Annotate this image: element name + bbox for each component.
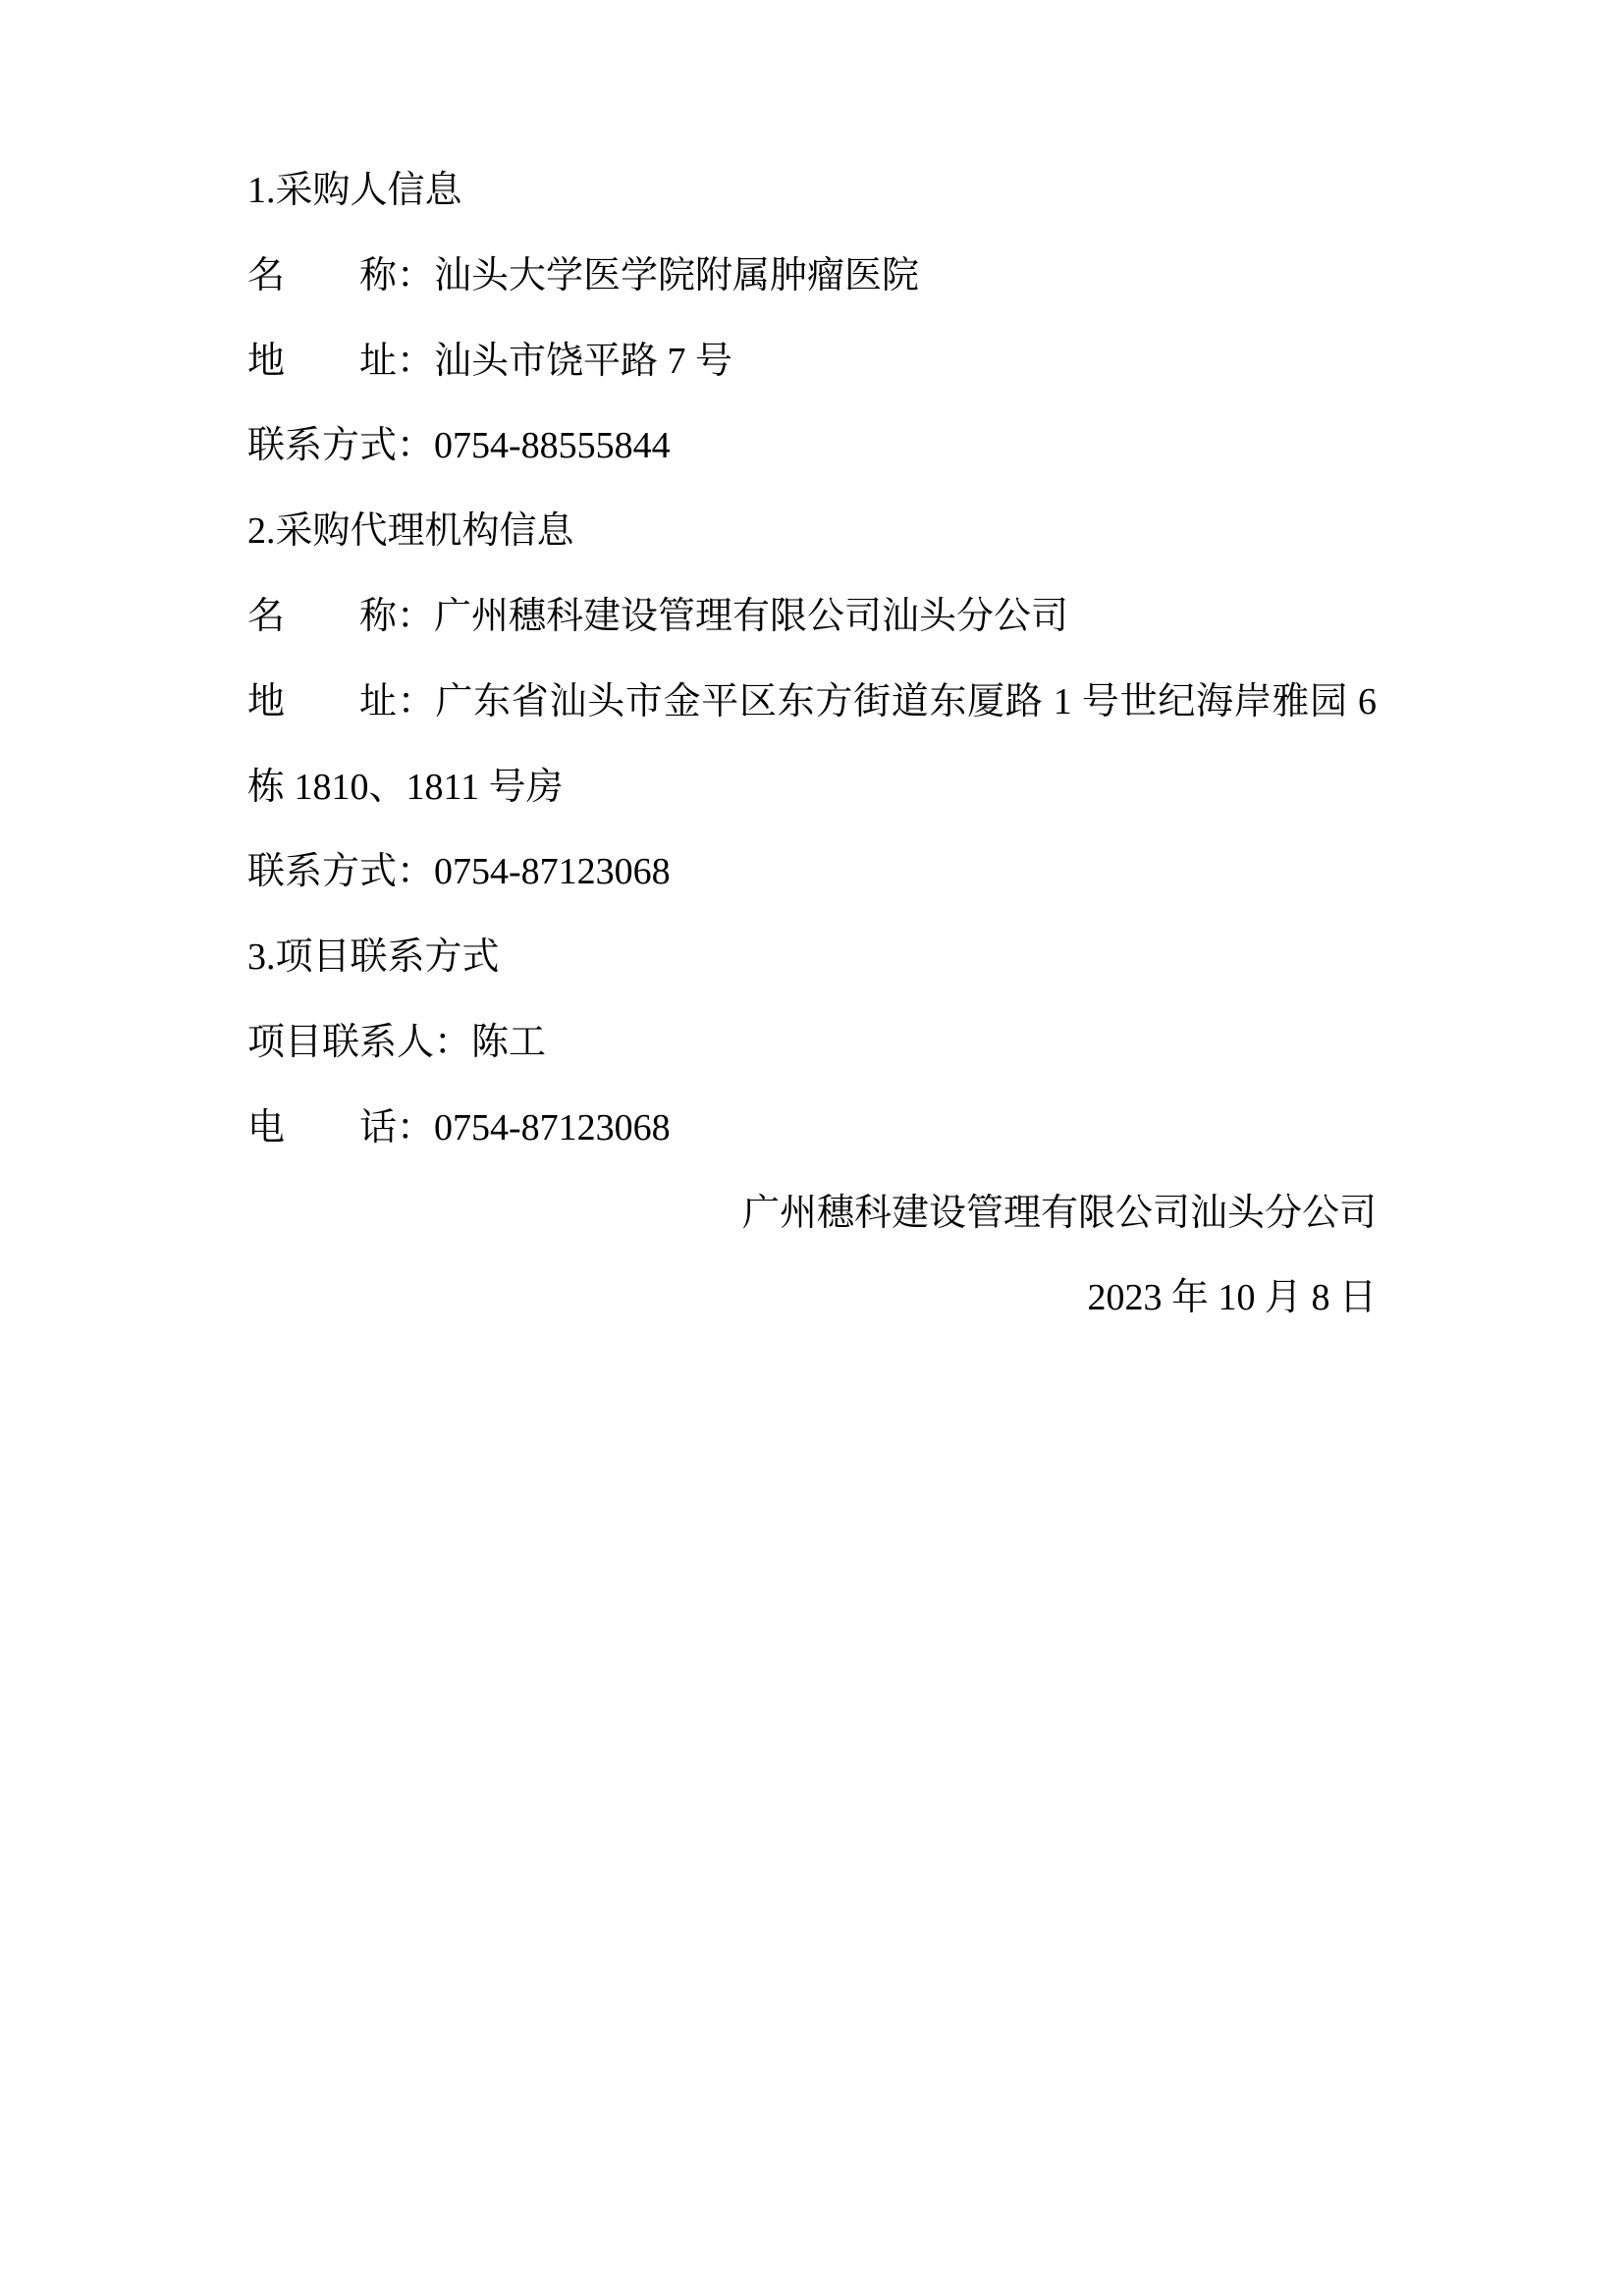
field-project-phone: 电话：0754-87123068 xyxy=(247,1086,1377,1171)
field-value: 汕头大学医学院附属肿瘤医院 xyxy=(434,255,919,296)
field-value: 汕头市饶平路 7 号 xyxy=(434,341,732,382)
heading-agency-info: 2.采购代理机构信息 xyxy=(247,489,1377,574)
field-value: 0754-87123068 xyxy=(434,851,671,892)
field-label: 地址 xyxy=(247,660,397,745)
field-label: 电话 xyxy=(247,1086,397,1171)
signature-company: 广州穗科建设管理有限公司汕头分公司 xyxy=(247,1171,1377,1256)
heading-purchaser-info: 1.采购人信息 xyxy=(247,148,1377,234)
document-body: 1.采购人信息 名称：汕头大学医学院附属肿瘤医院 地址：汕头市饶平路 7 号 联… xyxy=(247,148,1377,1341)
field-label: 联系方式 xyxy=(247,403,397,489)
field-value: 0754-88555844 xyxy=(434,425,671,466)
field-label: 项目联系人 xyxy=(247,1000,434,1086)
field-value: 广东省汕头市金平区东方街道东厦路 1 号世纪海岸雅园 6 xyxy=(435,681,1377,722)
field-colon: ： xyxy=(397,1107,434,1148)
field-agency-contact: 联系方式：0754-87123068 xyxy=(247,829,1377,915)
field-colon: ： xyxy=(397,681,435,722)
field-colon: ： xyxy=(397,425,434,466)
field-value: 广州穗科建设管理有限公司汕头分公司 xyxy=(434,596,1068,637)
field-agency-address: 地址：广东省汕头市金平区东方街道东厦路 1 号世纪海岸雅园 6 xyxy=(247,660,1377,745)
field-label: 地址 xyxy=(247,319,397,404)
field-purchaser-contact: 联系方式：0754-88555844 xyxy=(247,403,1377,489)
field-colon: ： xyxy=(397,851,434,892)
field-agency-address-continuation: 栋 1810、1811 号房 xyxy=(247,745,1377,830)
document-page: 1.采购人信息 名称：汕头大学医学院附属肿瘤医院 地址：汕头市饶平路 7 号 联… xyxy=(0,0,1624,2296)
field-colon: ： xyxy=(397,341,434,382)
field-label: 名称 xyxy=(247,574,397,660)
field-label: 联系方式 xyxy=(247,829,397,915)
field-project-contact-person: 项目联系人：陈工 xyxy=(247,1000,1377,1086)
field-colon: ： xyxy=(434,1022,471,1063)
field-colon: ： xyxy=(397,255,434,296)
field-value: 0754-87123068 xyxy=(434,1107,671,1148)
field-label: 名称 xyxy=(247,234,397,319)
signature-date: 2023 年 10 月 8 日 xyxy=(247,1255,1377,1341)
field-purchaser-name: 名称：汕头大学医学院附属肿瘤医院 xyxy=(247,234,1377,319)
field-agency-name: 名称：广州穗科建设管理有限公司汕头分公司 xyxy=(247,574,1377,660)
field-purchaser-address: 地址：汕头市饶平路 7 号 xyxy=(247,319,1377,404)
field-colon: ： xyxy=(397,596,434,637)
heading-project-contact: 3.项目联系方式 xyxy=(247,915,1377,1000)
field-value: 陈工 xyxy=(471,1022,546,1063)
